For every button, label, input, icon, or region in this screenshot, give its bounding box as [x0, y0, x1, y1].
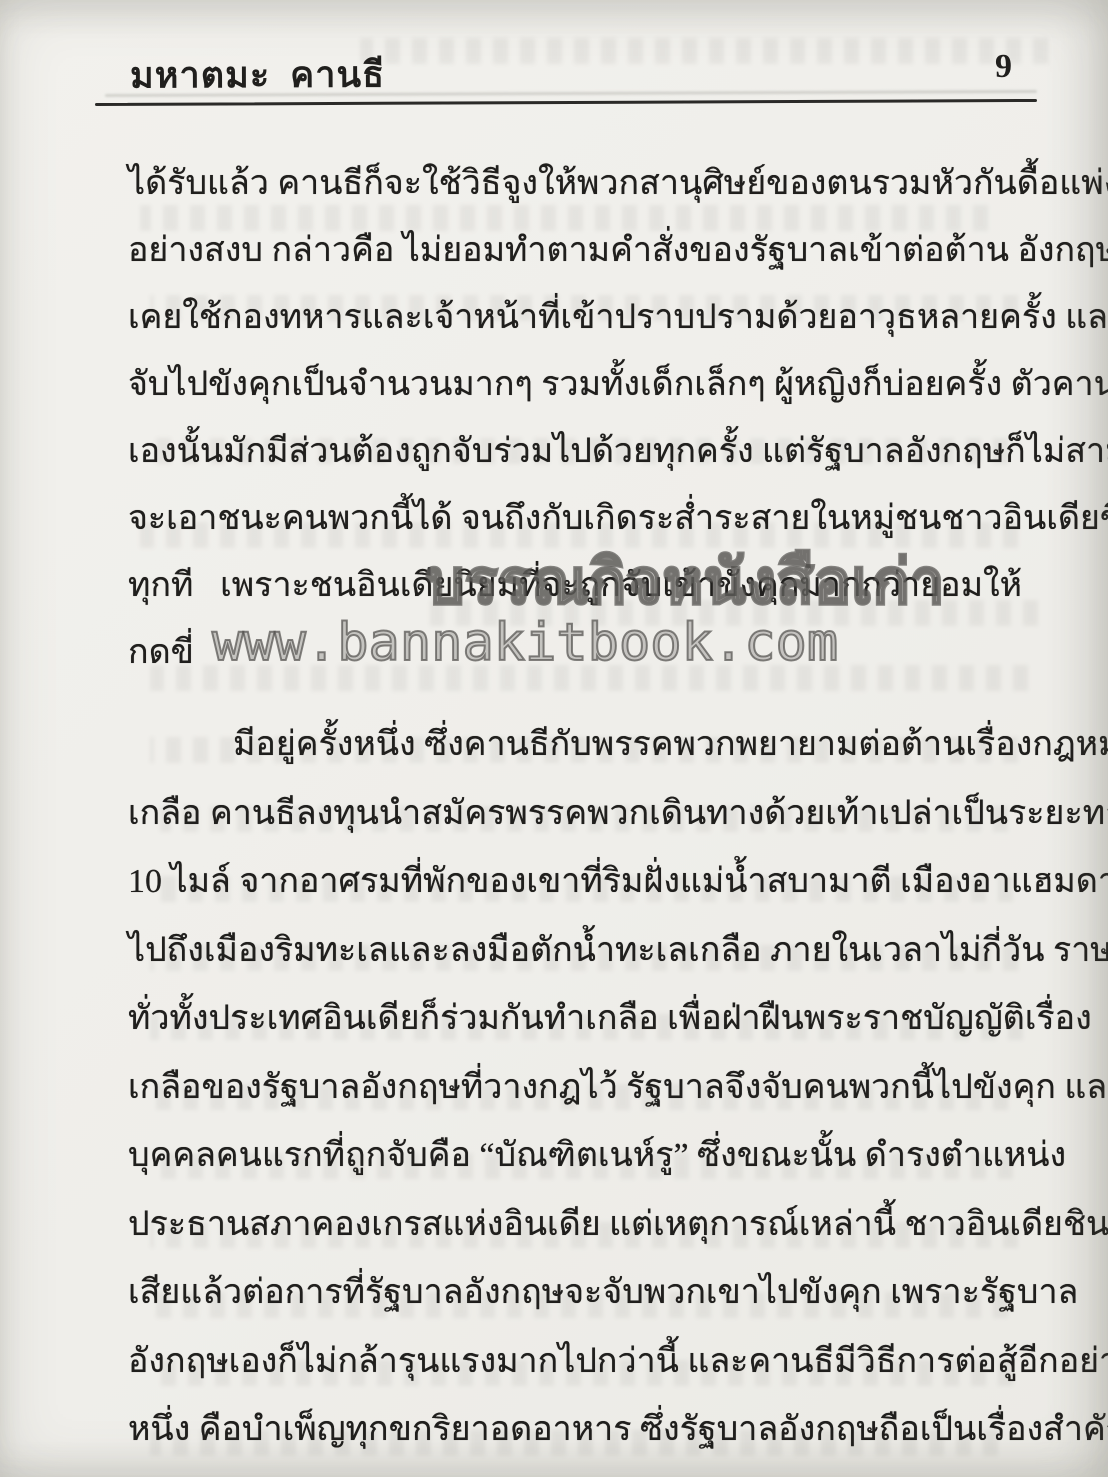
text-line: เกลือของรัฐบาลอังกฤษที่วางกฎไว้ รัฐบาลจึ…: [128, 1054, 1022, 1123]
text-line: อังกฤษเองก็ไม่กล้ารุนแรงมากไปกว่านี้ และ…: [128, 1328, 1022, 1397]
text-line: ทุกที เพราะชนอินเดียนิยมที่จะถูกจับเข้าข…: [128, 552, 1022, 619]
text-line: ทั่วทั้งประเทศอินเดียก็ร่วมกันทำเกลือ เพ…: [128, 985, 1022, 1054]
text-line: ประธานสภาคองเกรสแห่งอินเดีย แต่เหตุการณ์…: [128, 1191, 1022, 1260]
scanned-book-page: มหาตมะ คานธี 9 ได้รับแล้ว คานธีก็จะใช้วิ…: [0, 0, 1108, 1477]
text-line: ได้รับแล้ว คานธีก็จะใช้วิธีจูงให้พวกสานุ…: [128, 150, 1022, 217]
text-line: บุคคลคนแรกที่ถูกจับคือ “บัณฑิตเนห์รู” ซึ…: [128, 1122, 1022, 1191]
text-line: เองนั้นมักมีส่วนต้องถูกจับร่วมไปด้วยทุกค…: [128, 418, 1022, 485]
text-line: จับไปขังคุกเป็นจำนวนมากๆ รวมทั้งเด็กเล็ก…: [128, 351, 1022, 418]
text-line: เคยใช้กองทหารและเจ้าหน้าที่เข้าปราบปรามด…: [128, 284, 1022, 351]
text-line: เกลือ คานธีลงทุนนำสมัครพรรคพวกเดินทางด้ว…: [128, 780, 1022, 849]
paragraph: มีอยู่ครั้งหนึ่ง ซึ่งคานธีกับพรรคพวกพยาย…: [128, 711, 1022, 1465]
text-line: หนึ่ง คือบำเพ็ญทุกขกริยาอดอาหาร ซึ่งรัฐบ…: [128, 1396, 1022, 1465]
text-line: 10 ไมล์ จากอาศรมที่พักของเขาที่ริมฝั่งแม…: [128, 848, 1022, 917]
page-number: 9: [995, 48, 1012, 86]
text-line: จะเอาชนะคนพวกนี้ได้ จนถึงกับเกิดระส่ำระส…: [128, 485, 1022, 552]
text-line: ไปถึงเมืองริมทะเลและลงมือตักน้ำทะเลเกลือ…: [128, 917, 1022, 986]
text-line: มีอยู่ครั้งหนึ่ง ซึ่งคานธีกับพรรคพวกพยาย…: [128, 711, 1022, 780]
text-line: เสียแล้วต่อการที่รัฐบาลอังกฤษจะจับพวกเขา…: [128, 1259, 1022, 1328]
text-line: อย่างสงบ กล่าวคือ ไม่ยอมทำตามคำสั่งของรั…: [128, 217, 1022, 284]
paragraph: ได้รับแล้ว คานธีก็จะใช้วิธีจูงให้พวกสานุ…: [128, 150, 1022, 686]
show-through-ghost: [360, 38, 1048, 64]
text-line: กดขี่: [128, 619, 1022, 686]
